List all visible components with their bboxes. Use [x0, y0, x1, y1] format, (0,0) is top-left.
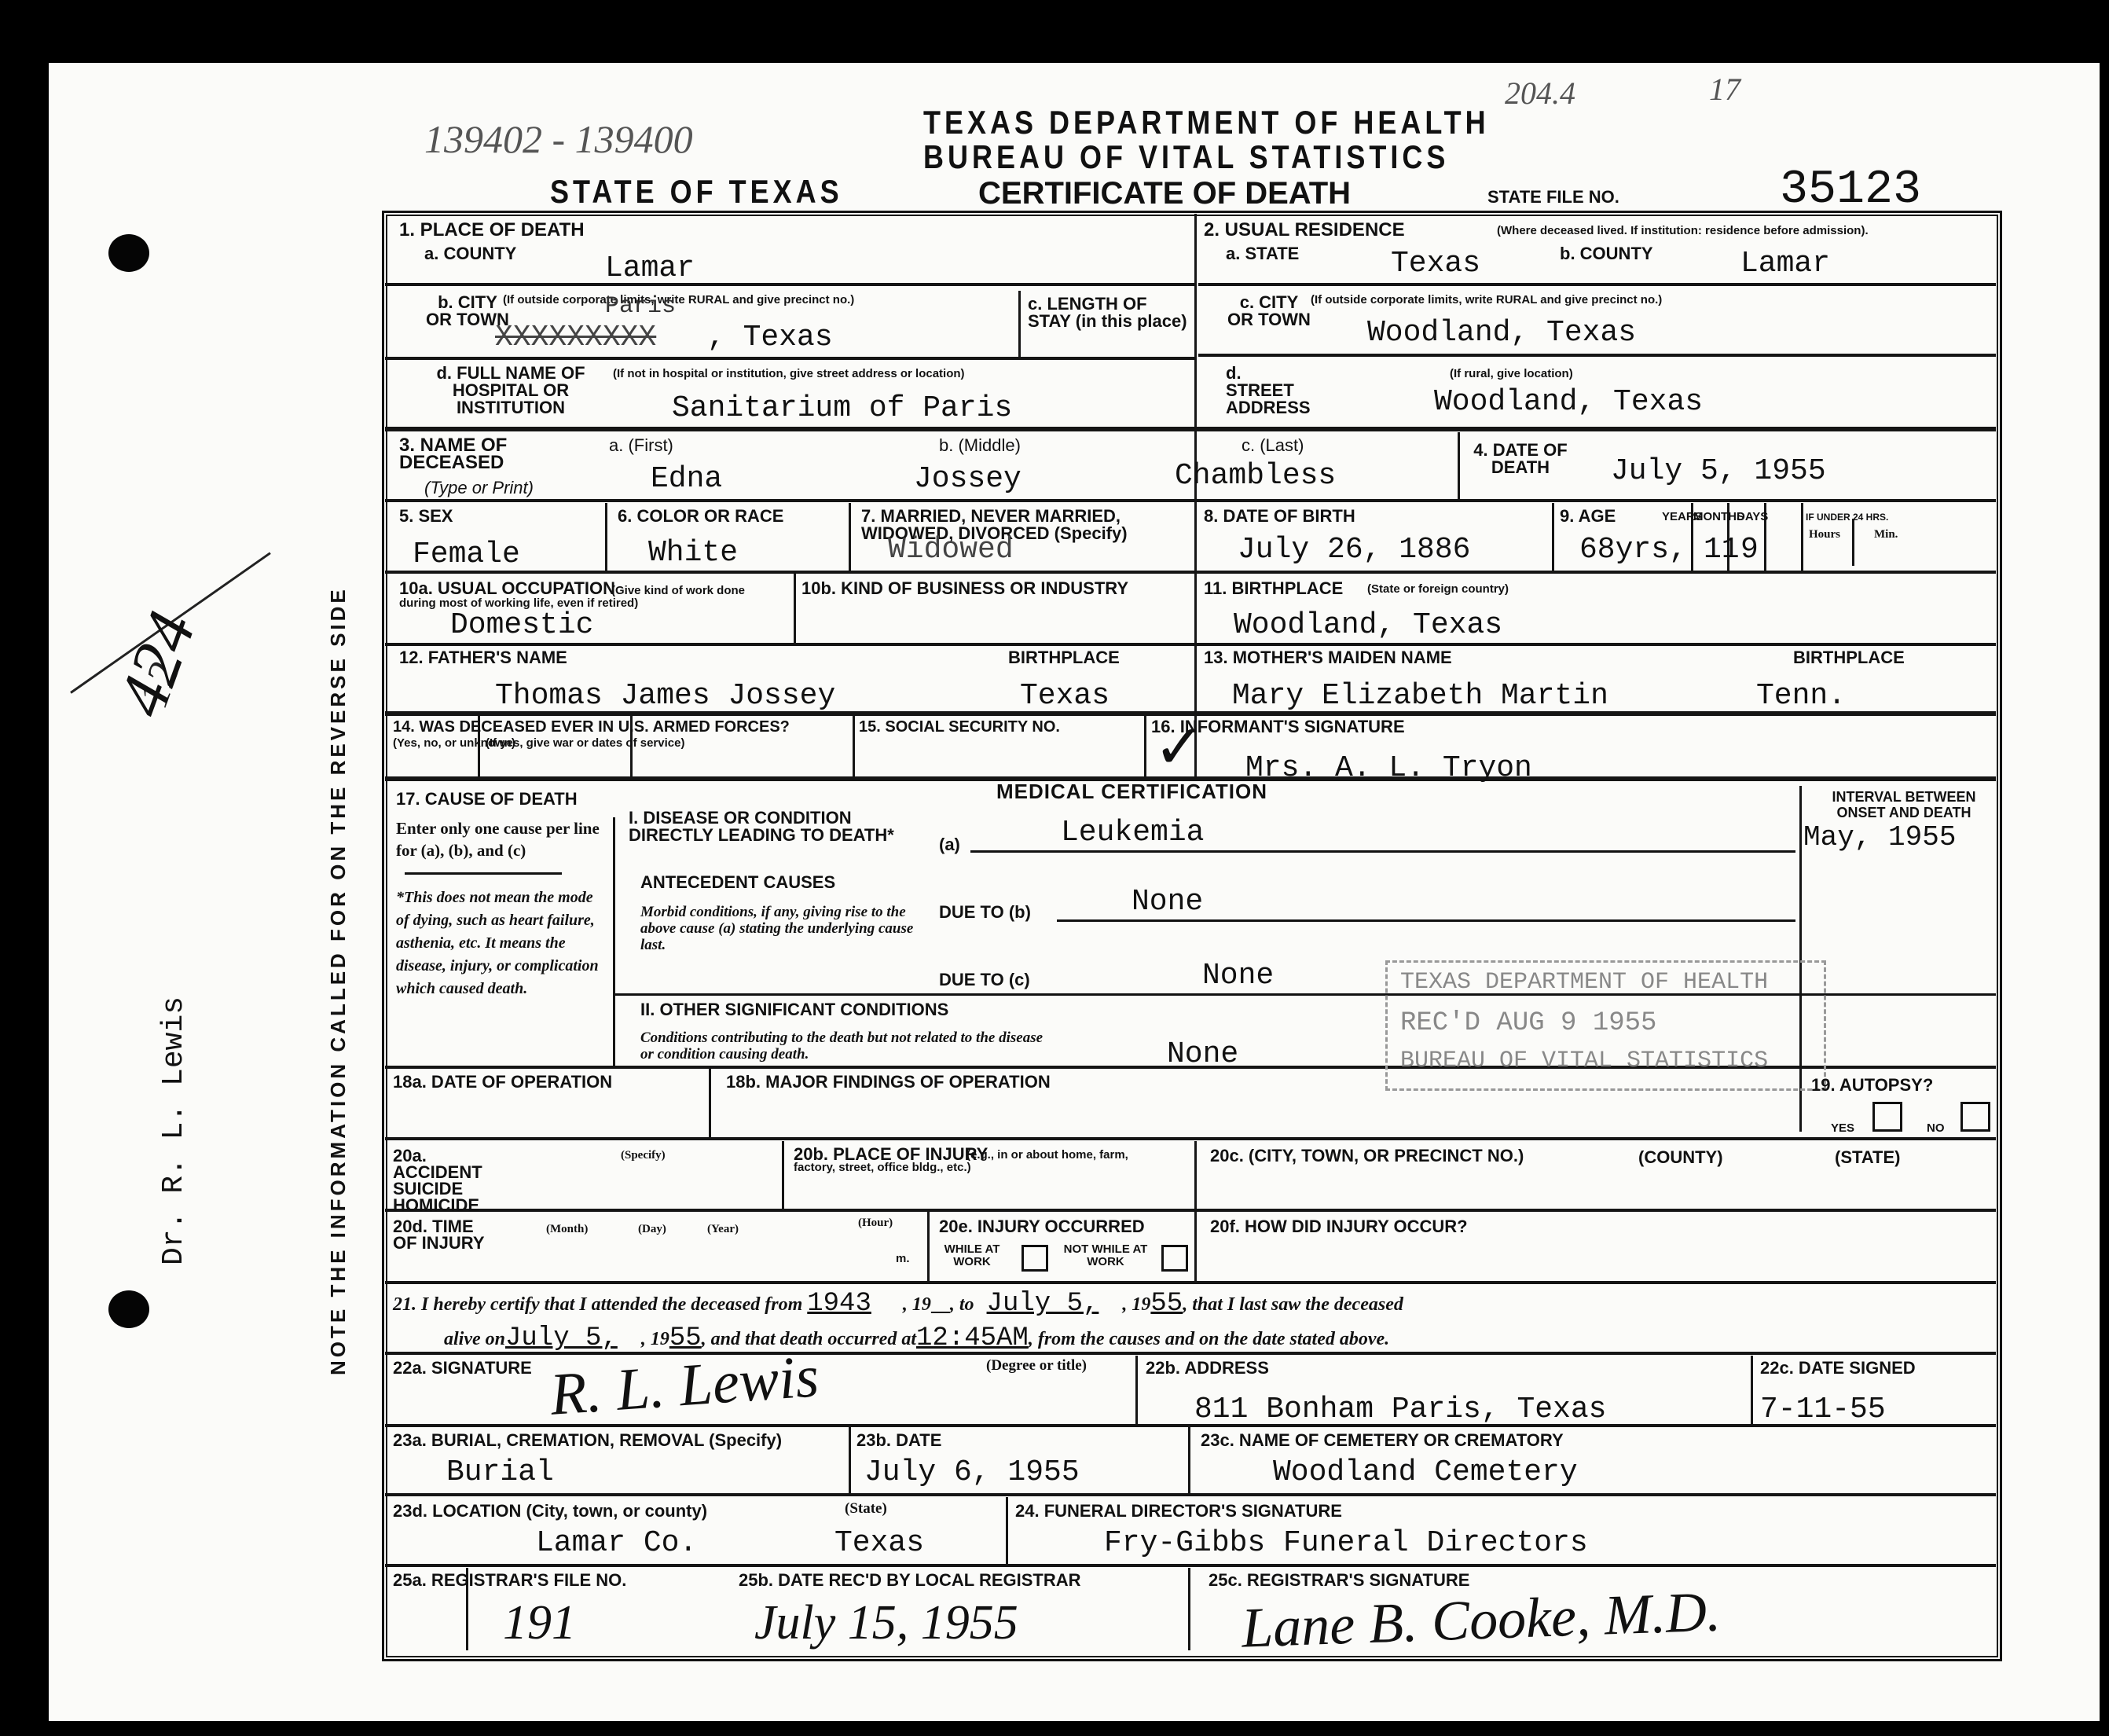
disease-condition-label: I. DISEASE OR CONDITION DIRECTLY LEADING…: [629, 809, 927, 844]
column-divider: [1018, 291, 1021, 357]
column-divider: [794, 574, 796, 643]
mother-birthplace-label: BIRTHPLACE: [1793, 649, 1905, 666]
date-signed-label: 22c. DATE SIGNED: [1760, 1360, 1916, 1377]
occupation-value: Domestic: [450, 610, 593, 641]
column-divider: [1801, 503, 1803, 571]
check-mark: ✓: [1154, 711, 1205, 783]
certification-line-2: alive onJuly 5,, 1955, and that death oc…: [444, 1323, 1389, 1353]
divider: [385, 1564, 1996, 1567]
column-divider: [1751, 1356, 1753, 1424]
divider: [1198, 354, 1996, 357]
cause-a-value: Leukemia: [1061, 817, 1204, 849]
cemetery-label: 23c. NAME OF CEMETERY OR CREMATORY: [1201, 1432, 1564, 1449]
hours-label: Hours: [1809, 528, 1840, 541]
father-name-value: Thomas James Jossey: [495, 681, 835, 712]
residence-county-label: b. COUNTY: [1560, 245, 1653, 262]
dob-label: 8. DATE OF BIRTH: [1204, 508, 1355, 525]
middle-name-value: Jossey: [914, 464, 1021, 495]
registrar-file-label: 25a. REGISTRAR'S FILE NO.: [393, 1572, 626, 1589]
cause-footnote: *This does not mean the mode of dying, s…: [396, 886, 608, 1000]
registrar-signature-label: 25c. REGISTRAR'S SIGNATURE: [1209, 1572, 1469, 1589]
mother-birthplace-value: Tenn.: [1756, 681, 1846, 712]
cert-text: alive on: [444, 1329, 505, 1349]
age-days-value: 9: [1740, 534, 1759, 566]
death-county-value: Lamar: [605, 253, 695, 284]
column-divider: [1552, 503, 1554, 571]
death-city-note: (If outside corporate limits, write RURA…: [503, 294, 982, 306]
cause-c-value: None: [1202, 960, 1274, 992]
autopsy-no-checkbox[interactable]: [1960, 1102, 1990, 1132]
mother-name-label: 13. MOTHER'S MAIDEN NAME: [1204, 649, 1452, 666]
divider: [385, 1424, 1996, 1427]
divider: [385, 1137, 1996, 1140]
physician-address-value: 811 Bonham Paris, Texas: [1194, 1394, 1607, 1426]
handwritten-ref-right-2: 17: [1709, 71, 1740, 108]
burial-date-label: 23b. DATE: [856, 1432, 941, 1449]
occupation-note: (Give kind of work done during most of w…: [399, 585, 784, 610]
father-birthplace-value: Texas: [1020, 681, 1110, 712]
not-while-at-work-label: NOT WHILE AT WORK: [1062, 1243, 1149, 1268]
first-name-value: Edna: [651, 464, 722, 495]
interval-label: INTERVAL BETWEEN ONSET AND DEATH: [1814, 789, 1994, 820]
injury-day-label: (Day): [638, 1223, 666, 1235]
burial-location-label: 23d. LOCATION (City, town, or county): [393, 1503, 707, 1520]
cause-instructions: Enter only one cause per line for (a), (…: [396, 817, 608, 861]
column-divider: [605, 503, 607, 571]
death-city-correction: Paris: [605, 291, 676, 322]
father-birthplace-label: BIRTHPLACE: [1008, 649, 1120, 666]
disposition-value: Burial: [446, 1457, 554, 1488]
column-divider: [1852, 519, 1854, 566]
state-title: STATE OF TEXAS: [550, 173, 843, 211]
column-divider: [849, 1426, 851, 1493]
divider: [405, 872, 562, 875]
reverse-side-note: NOTE THE INFORMATION CALLED FOR ON THE R…: [326, 586, 350, 1375]
burial-location-value: Lamar Co.: [536, 1528, 697, 1559]
column-divider: [1194, 1141, 1197, 1281]
column-divider: [849, 503, 851, 571]
injury-m-label: m.: [896, 1253, 910, 1265]
autopsy-label: 19. AUTOPSY?: [1811, 1077, 1933, 1094]
punch-hole: [108, 1290, 149, 1328]
accident-type-label: 20a. ACCIDENT SUICIDE HOMICIDE: [393, 1147, 503, 1213]
divider: [385, 1281, 1996, 1284]
length-of-stay-label: c. LENGTH OF STAY (in this place): [1028, 295, 1193, 330]
institution-value: Sanitarium of Paris: [672, 393, 1012, 424]
physician-address-label: 22b. ADDRESS: [1146, 1360, 1269, 1377]
industry-label: 10b. KIND OF BUSINESS OR INDUSTRY: [801, 580, 1128, 597]
attended-to-value: July 5,: [979, 1289, 1123, 1319]
ssn-label: 15. SOCIAL SECURITY NO.: [859, 718, 1060, 736]
column-divider: [1188, 1568, 1190, 1650]
cert-text: , to: [950, 1294, 974, 1315]
stamp-line-1: TEXAS DEPARTMENT OF HEALTH: [1400, 969, 1768, 996]
middle-name-label: b. (Middle): [939, 437, 1021, 454]
under-24-label: IF UNDER 24 HRS.: [1806, 511, 1888, 523]
residence-city-label: c. CITY OR TOWN: [1226, 294, 1312, 328]
min-label: Min.: [1874, 528, 1898, 541]
cause-a-label: (a): [939, 836, 960, 853]
armed-forces-label: 14. WAS DECEASED EVER IN U.S. ARMED FORC…: [393, 718, 790, 736]
place-of-death-label: 1. PLACE OF DEATH: [399, 222, 585, 239]
column-divider: [853, 715, 855, 778]
column-divider: [1006, 1497, 1008, 1564]
column-divider: [709, 1069, 711, 1138]
handwritten-ref-right: 204.4: [1505, 75, 1575, 112]
age-years-value: 68yrs,: [1579, 534, 1687, 566]
divider: [385, 427, 1996, 431]
dept-title: TEXAS DEPARTMENT OF HEALTH: [923, 104, 1490, 141]
other-conditions-label: II. OTHER SIGNIFICANT CONDITIONS: [640, 1001, 948, 1018]
residence-county-value: Lamar: [1740, 248, 1830, 280]
registrar-date-value: July 15, 1955: [754, 1595, 1018, 1651]
attended-to-year: 55: [1150, 1289, 1183, 1319]
divider: [385, 1209, 1996, 1212]
injury-state-label: (STATE): [1835, 1149, 1901, 1166]
institution-note: (If not in hospital or institution, give…: [613, 368, 965, 380]
days-label: DAYS: [1737, 511, 1768, 523]
time-of-injury-label: 20d. TIME OF INJURY: [393, 1218, 487, 1251]
informant-value: Mrs. A. L. Tryon: [1245, 753, 1532, 784]
how-injury-label: 20f. HOW DID INJURY OCCUR?: [1210, 1218, 1468, 1235]
column-divider: [1144, 715, 1146, 778]
deceased-name-label: 3. NAME OF DECEASED: [399, 437, 556, 472]
residence-city-value: Woodland, Texas: [1367, 317, 1636, 349]
column-divider: [613, 817, 615, 1066]
age-months-value: 11: [1704, 534, 1740, 566]
cert-text: , that I last saw the deceased: [1183, 1294, 1403, 1315]
place-of-injury-note: (e.g., in or about home, farm, factory, …: [794, 1149, 1139, 1174]
physician-name: Dr. R. L. Lewis: [157, 996, 191, 1265]
last-name-value: Chambless: [1175, 461, 1336, 492]
birthplace-label: 11. BIRTHPLACE: [1204, 580, 1343, 597]
cemetery-value: Woodland Cemetery: [1273, 1457, 1578, 1488]
cert-text: 21. I hereby certify that I attended the…: [393, 1294, 802, 1315]
divider: [385, 571, 1996, 574]
not-while-at-work-checkbox[interactable]: [1161, 1245, 1188, 1272]
first-name-label: a. (First): [609, 437, 673, 454]
certification-line-1: 21. I hereby certify that I attended the…: [393, 1289, 1403, 1319]
burial-state-label: (State): [845, 1503, 887, 1515]
time-of-death-value: 12:45AM: [916, 1323, 1029, 1353]
dob-value: July 26, 1886: [1238, 534, 1470, 566]
residence-street-note: (If rural, give location): [1450, 368, 1573, 380]
cause-b-line: [1057, 919, 1795, 922]
birthplace-value: Woodland, Texas: [1234, 610, 1502, 641]
while-at-work-label: WHILE AT WORK: [941, 1243, 1003, 1268]
funeral-director-label: 24. FUNERAL DIRECTOR'S SIGNATURE: [1015, 1503, 1342, 1520]
death-city-struck: XXXXXXXXX: [495, 322, 656, 354]
received-stamp: TEXAS DEPARTMENT OF HEALTH REC'D AUG 9 1…: [1385, 960, 1826, 1091]
due-to-b-label: DUE TO (b): [939, 904, 1031, 921]
injury-occurred-label: 20e. INJURY OCCURRED: [939, 1218, 1145, 1235]
state-file-number: 35123: [1780, 163, 1921, 217]
race-value: White: [648, 538, 738, 569]
column-divider: [1194, 214, 1197, 778]
disposition-label: 23a. BURIAL, CREMATION, REMOVAL (Specify…: [393, 1432, 782, 1449]
residence-city-note: (If outside corporate limits, write RURA…: [1311, 294, 1662, 306]
cause-b-value: None: [1132, 886, 1203, 918]
marital-status-value: Widowed: [888, 534, 1014, 566]
injury-city-label: 20c. (CITY, TOWN, OR PRECINCT NO.): [1210, 1147, 1524, 1165]
column-divider: [1188, 1426, 1190, 1493]
father-name-label: 12. FATHER'S NAME: [399, 649, 567, 666]
medical-certification-title: MEDICAL CERTIFICATION: [996, 783, 1267, 800]
residence-street-label: d. STREET ADDRESS: [1226, 365, 1312, 417]
armed-forces-note-2: (If yes, give war or dates of service): [486, 737, 684, 750]
physician-signature-label: 22a. SIGNATURE: [393, 1360, 532, 1377]
cert-text: , 19: [903, 1294, 931, 1315]
usual-residence-label: 2. USUAL RESIDENCE: [1204, 222, 1405, 239]
cert-text: , 19: [1122, 1294, 1150, 1315]
antecedent-note: Morbid conditions, if any, giving rise t…: [640, 904, 931, 953]
stamp-line-3: BUREAU OF VITAL STATISTICS: [1400, 1048, 1768, 1074]
sex-value: Female: [413, 539, 520, 571]
certificate-title: CERTIFICATE OF DEATH: [978, 176, 1351, 211]
state-file-label: STATE FILE NO.: [1487, 187, 1619, 207]
cert-text: , 19: [641, 1329, 669, 1349]
funeral-director-value: Fry-Gibbs Funeral Directors: [1104, 1528, 1588, 1559]
residence-state-label: a. STATE: [1226, 245, 1299, 262]
residence-street-value: Woodland, Texas: [1434, 387, 1703, 418]
cert-text: , from the causes and on the date stated…: [1029, 1329, 1389, 1349]
injury-year-label: (Year): [707, 1223, 739, 1235]
divider: [385, 643, 1996, 646]
cause-of-death-label: 17. CAUSE OF DEATH: [396, 791, 578, 808]
degree-title-label: (Degree or title): [986, 1360, 1087, 1372]
attended-from-value: 1943: [807, 1289, 903, 1319]
column-divider: [927, 1212, 930, 1281]
due-to-c-label: DUE TO (c): [939, 971, 1030, 989]
deceased-name-note: (Type or Print): [424, 479, 534, 497]
stamp-line-2: REC'D AUG 9 1955: [1400, 1008, 1656, 1038]
date-signed-value: 7-11-55: [1760, 1394, 1886, 1426]
cause-a-line: [970, 850, 1795, 853]
birthplace-note: (State or foreign country): [1367, 583, 1509, 596]
sex-label: 5. SEX: [399, 508, 453, 525]
operation-findings-label: 18b. MAJOR FINDINGS OF OPERATION: [726, 1074, 1051, 1091]
last-name-label: c. (Last): [1242, 437, 1304, 454]
column-divider: [1135, 1356, 1138, 1424]
divider: [385, 499, 1996, 502]
institution-label: d. FULL NAME OF HOSPITAL OR INSTITUTION: [424, 365, 597, 417]
other-conditions-note: Conditions contributing to the death but…: [640, 1029, 1049, 1063]
accident-specify-label: (Specify): [621, 1149, 666, 1162]
race-label: 6. COLOR OR RACE: [618, 508, 783, 525]
while-at-work-checkbox[interactable]: [1021, 1245, 1048, 1272]
autopsy-yes-label: YES: [1831, 1122, 1854, 1135]
bureau-title: BUREAU OF VITAL STATISTICS: [923, 138, 1449, 176]
registrar-date-label: 25b. DATE REC'D BY LOCAL REGISTRAR: [739, 1572, 1081, 1589]
injury-month-label: (Month): [546, 1223, 588, 1235]
divider: [385, 357, 1194, 360]
last-seen-year: 55: [669, 1323, 702, 1353]
operation-date-label: 18a. DATE OF OPERATION: [393, 1074, 612, 1091]
burial-state-value: Texas: [834, 1528, 924, 1559]
death-county-label: a. COUNTY: [424, 245, 516, 262]
handwritten-ref-left: 139402 - 139400: [424, 116, 693, 162]
antecedent-causes-label: ANTECEDENT CAUSES: [640, 874, 835, 891]
injury-county-label: (COUNTY): [1638, 1149, 1723, 1166]
autopsy-yes-checkbox[interactable]: [1872, 1102, 1902, 1132]
last-seen-value: July 5,: [505, 1323, 641, 1353]
divider: [1198, 283, 1996, 286]
injury-hour-label: (Hour): [858, 1217, 893, 1229]
punch-hole: [108, 234, 149, 272]
registrar-file-value: 191: [503, 1595, 576, 1651]
column-divider: [782, 1141, 784, 1209]
divider: [385, 283, 1194, 286]
residence-state-value: Texas: [1391, 248, 1480, 280]
divider: [385, 1493, 1996, 1496]
column-divider: [1458, 432, 1460, 500]
mother-name-value: Mary Elizabeth Martin: [1232, 681, 1608, 712]
usual-residence-note: (Where deceased lived. If institution: r…: [1497, 225, 1968, 237]
death-city-state: , Texas: [707, 322, 833, 354]
other-conditions-value: None: [1167, 1039, 1238, 1070]
date-of-death-label: 4. DATE OF DEATH: [1473, 442, 1568, 476]
burial-date-value: July 6, 1955: [864, 1457, 1080, 1488]
autopsy-no-label: NO: [1927, 1122, 1945, 1135]
date-of-death-value: July 5, 1955: [1611, 456, 1826, 487]
age-label: 9. AGE: [1560, 508, 1616, 525]
interval-value: May, 1955: [1803, 822, 1956, 853]
